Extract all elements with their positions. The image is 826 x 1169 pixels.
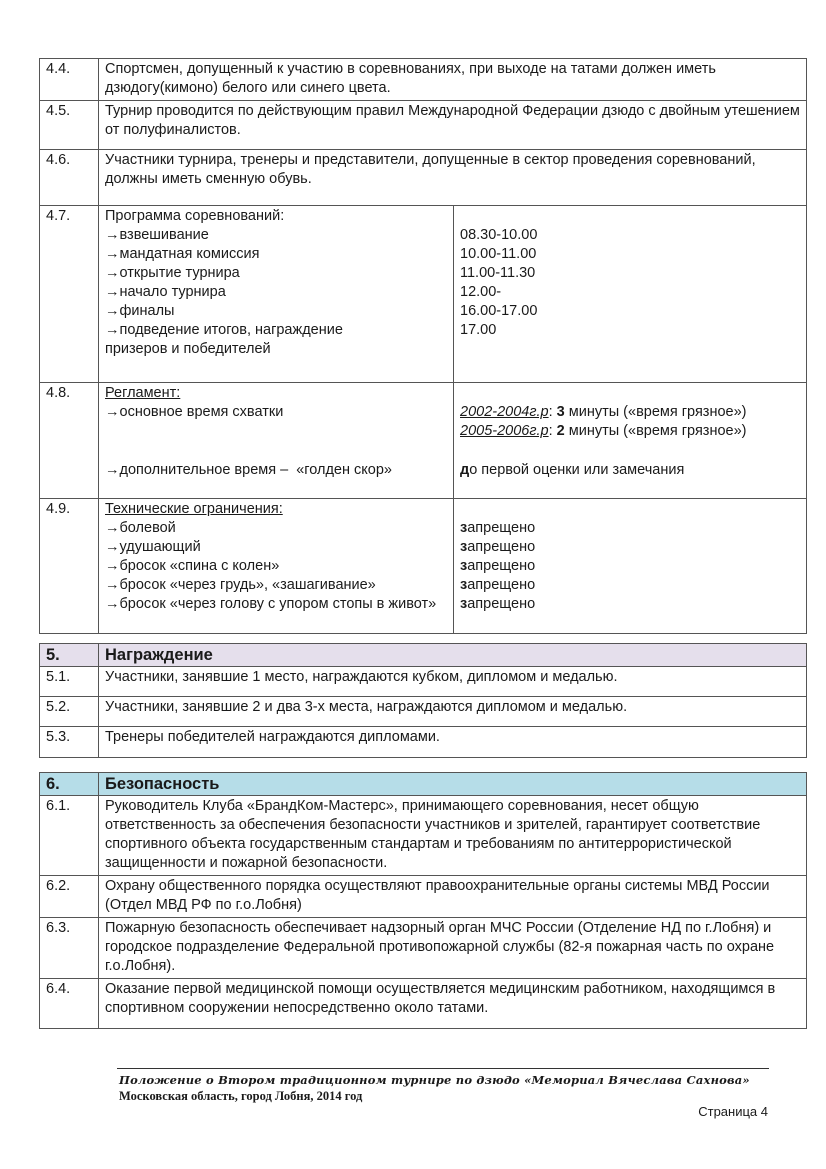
table-row: 6.2. Охрану общественного порядка осущес… <box>40 876 807 918</box>
regulation-extra-value: до первой оценки или замечания <box>460 461 800 480</box>
table-row: 4.5. Турнир проводится по действующим пр… <box>40 101 807 150</box>
restriction-value: запрещено <box>460 519 800 538</box>
program-times: 08.30-10.00 10.00-11.00 11.00-11.30 12.0… <box>454 206 807 383</box>
restriction-value: запрещено <box>460 557 800 576</box>
regulation-values: 2002-2004г.р: 3 минуты («время грязное»)… <box>454 383 807 499</box>
regulation-row: 4.8. Регламент: →основное время схватки … <box>40 383 807 499</box>
row-number: 5.3. <box>40 727 99 758</box>
restriction-value: запрещено <box>460 595 800 614</box>
footer-divider <box>117 1068 769 1069</box>
program-item: →мандатная комиссия <box>105 245 447 264</box>
row-number: 4.6. <box>40 150 99 206</box>
section-4-table: 4.4. Спортсмен, допущенный к участию в с… <box>39 58 807 634</box>
row-text: Участники, занявшие 2 и два 3-х места, н… <box>99 697 807 727</box>
section-title: Безопасность <box>99 773 807 796</box>
section-header: 5. Награждение <box>40 644 807 667</box>
table-row: 5.3. Тренеры победителей награждаются ди… <box>40 727 807 758</box>
table-row: 6.4. Оказание первой медицинской помощи … <box>40 979 807 1029</box>
restrictions-values: запрещено запрещено запрещено запрещено … <box>454 499 807 634</box>
section-header: 6. Безопасность <box>40 773 807 796</box>
program-item: →открытие турнира <box>105 264 447 283</box>
section-6-table: 6. Безопасность 6.1. Руководитель Клуба … <box>39 772 807 1029</box>
row-number: 4.7. <box>40 206 99 383</box>
table-row: 6.1. Руководитель Клуба «БрандКом-Мастер… <box>40 796 807 876</box>
restriction-value: запрещено <box>460 576 800 595</box>
table-row: 4.4. Спортсмен, допущенный к участию в с… <box>40 59 807 101</box>
age-group: 2002-2004г.р <box>460 404 549 420</box>
program-item: →финалы <box>105 302 447 321</box>
row-number: 4.5. <box>40 101 99 150</box>
restrictions-labels: Технические ограничения: →болевой →удуша… <box>99 499 454 634</box>
row-text: Спортсмен, допущенный к участию в соревн… <box>99 59 807 101</box>
regulation-value: 2005-2006г.р: 2 минуты («время грязное») <box>460 422 800 441</box>
minutes-value: 2 <box>557 423 565 439</box>
section-5-table: 5. Награждение 5.1. Участники, занявшие … <box>39 643 807 758</box>
program-labels: Программа соревнований: →взвешивание →ма… <box>99 206 454 383</box>
row-number: 6.3. <box>40 918 99 979</box>
section-number: 5. <box>40 644 99 667</box>
program-time: 10.00-11.00 <box>460 245 800 264</box>
program-time: 11.00-11.30 <box>460 264 800 283</box>
table-row: 4.6. Участники турнира, тренеры и предст… <box>40 150 807 206</box>
row-text: Оказание первой медицинской помощи осуще… <box>99 979 807 1029</box>
program-title: Программа соревнований: <box>105 207 447 226</box>
footer-title: Положение о Втором традиционном турнире … <box>119 1073 750 1087</box>
regulation-title: Регламент: <box>105 384 447 403</box>
age-group: 2005-2006г.р <box>460 423 549 439</box>
row-text: Тренеры победителей награждаются диплома… <box>99 727 807 758</box>
row-number: 4.4. <box>40 59 99 101</box>
program-time: 08.30-10.00 <box>460 226 800 245</box>
row-number: 6.2. <box>40 876 99 918</box>
program-item: →начало турнира <box>105 283 447 302</box>
regulation-labels: Регламент: →основное время схватки →допо… <box>99 383 454 499</box>
regulation-value: 2002-2004г.р: 3 минуты («время грязное») <box>460 403 800 422</box>
row-number: 5.2. <box>40 697 99 727</box>
restriction-value: запрещено <box>460 538 800 557</box>
row-text: Турнир проводится по действующим правил … <box>99 101 807 150</box>
row-number: 4.8. <box>40 383 99 499</box>
row-text: Участники турнира, тренеры и представите… <box>99 150 807 206</box>
table-row: 6.3. Пожарную безопасность обеспечивает … <box>40 918 807 979</box>
row-number: 5.1. <box>40 667 99 697</box>
row-number: 4.9. <box>40 499 99 634</box>
program-time: 17.00 <box>460 321 800 340</box>
row-text: Руководитель Клуба «БрандКом-Мастерс», п… <box>99 796 807 876</box>
restriction-item: →удушающий <box>105 538 447 557</box>
row-number: 6.4. <box>40 979 99 1029</box>
section-number: 6. <box>40 773 99 796</box>
section-title: Награждение <box>99 644 807 667</box>
minutes-value: 3 <box>557 404 565 420</box>
program-time: 16.00-17.00 <box>460 302 800 321</box>
program-item: →взвешивание <box>105 226 447 245</box>
restrictions-row: 4.9. Технические ограничения: →болевой →… <box>40 499 807 634</box>
restriction-item: →бросок «через грудь», «зашагивание» <box>105 576 447 595</box>
regulation-extra-label: →дополнительное время – «голден скор» <box>105 461 447 480</box>
regulation-main-label: →основное время схватки <box>105 403 447 422</box>
row-text: Охрану общественного порядка осуществляю… <box>99 876 807 918</box>
row-text: Пожарную безопасность обеспечивает надзо… <box>99 918 807 979</box>
footer-subtitle: Московская область, город Лобня, 2014 го… <box>119 1089 362 1104</box>
table-row: 5.2. Участники, занявшие 2 и два 3-х мес… <box>40 697 807 727</box>
program-item: →подведение итогов, награждение призеров… <box>105 321 447 359</box>
restrictions-title: Технические ограничения: <box>105 500 447 519</box>
row-number: 6.1. <box>40 796 99 876</box>
restriction-item: →бросок «спина с колен» <box>105 557 447 576</box>
page-number: Страница 4 <box>698 1104 768 1119</box>
restriction-item: →бросок «через голову с упором стопы в ж… <box>105 595 447 614</box>
row-text: Участники, занявшие 1 место, награждаютс… <box>99 667 807 697</box>
table-row: 5.1. Участники, занявшие 1 место, награж… <box>40 667 807 697</box>
restriction-item: →болевой <box>105 519 447 538</box>
program-row: 4.7. Программа соревнований: →взвешивани… <box>40 206 807 383</box>
program-time: 12.00- <box>460 283 800 302</box>
